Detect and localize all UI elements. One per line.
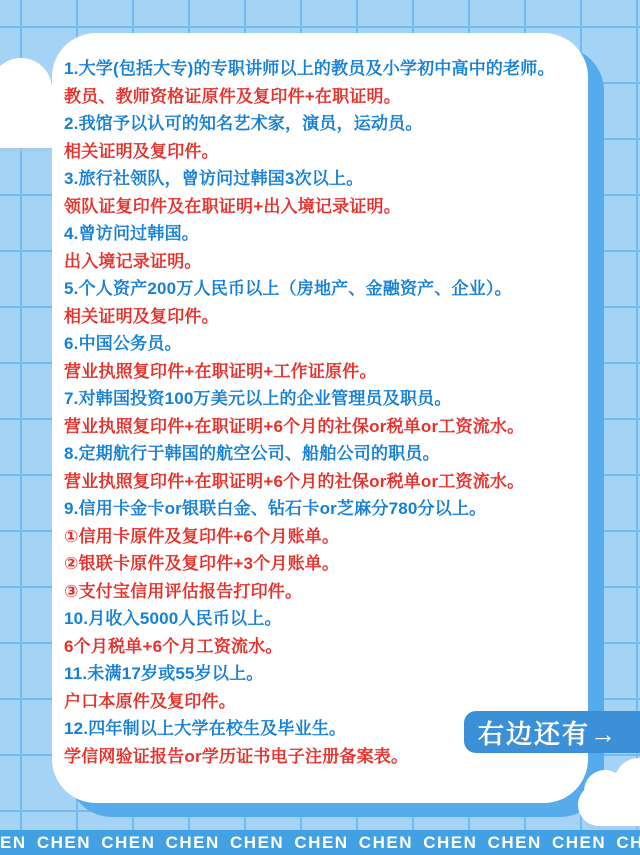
cloud-bottom-right-icon bbox=[578, 764, 640, 828]
requirement-line: 4.曾访问过韩国。 bbox=[64, 220, 580, 248]
requirement-line: 相关证明及复印件。 bbox=[64, 303, 580, 331]
requirement-line: 5.个人资产200万人民币以上（房地产、金融资产、企业）。 bbox=[64, 275, 580, 303]
requirements-card: 1.大学(包括大专)的专职讲师以上的教员及小学初中高中的老师。教员、教师资格证原… bbox=[52, 33, 588, 803]
requirement-line: 11.未满17岁或55岁以上。 bbox=[64, 660, 580, 688]
requirement-line: 出入境记录证明。 bbox=[64, 248, 580, 276]
requirement-line: ②银联卡原件及复印件+3个月账单。 bbox=[64, 550, 580, 578]
requirement-line: 领队证复印件及在职证明+出入境记录证明。 bbox=[64, 193, 580, 221]
requirement-line: 1.大学(包括大专)的专职讲师以上的教员及小学初中高中的老师。 bbox=[64, 55, 580, 83]
requirement-line: 9.信用卡金卡or银联白金、钻石卡or芝麻分780分以上。 bbox=[64, 495, 580, 523]
requirement-line: 2.我馆予以认可的知名艺术家，演员，运动员。 bbox=[64, 110, 580, 138]
requirement-line: 营业执照复印件+在职证明+工作证原件。 bbox=[64, 358, 580, 386]
requirement-line: 8.定期航行于韩国的航空公司、船舶公司的职员。 bbox=[64, 440, 580, 468]
brand-banner: EN CHEN CHEN CHEN CHEN CHEN CHEN CHEN CH… bbox=[0, 830, 640, 855]
requirement-line: 3.旅行社领队，曾访问过韩国3次以上。 bbox=[64, 165, 580, 193]
requirement-line: ③支付宝信用评估报告打印件。 bbox=[64, 578, 580, 606]
requirement-line: 营业执照复印件+在职证明+6个月的社保or税单or工资流水。 bbox=[64, 468, 580, 496]
requirement-line: 10.月收入5000人民币以上。 bbox=[64, 605, 580, 633]
more-right-button-label: 右边还有→ bbox=[478, 714, 618, 751]
requirement-line: 6.中国公务员。 bbox=[64, 330, 580, 358]
requirement-line: 7.对韩国投资100万美元以上的企业管理员及职员。 bbox=[64, 385, 580, 413]
poster-page: 1.大学(包括大专)的专职讲师以上的教员及小学初中高中的老师。教员、教师资格证原… bbox=[0, 0, 640, 855]
requirement-line: 6个月税单+6个月工资流水。 bbox=[64, 633, 580, 661]
cloud-puff bbox=[578, 784, 640, 826]
brand-banner-text: EN CHEN CHEN CHEN CHEN CHEN CHEN CHEN CH… bbox=[0, 833, 640, 853]
requirements-list: 1.大学(包括大专)的专职讲师以上的教员及小学初中高中的老师。教员、教师资格证原… bbox=[52, 33, 588, 770]
requirement-line: 相关证明及复印件。 bbox=[64, 138, 580, 166]
requirement-line: 教员、教师资格证原件及复印件+在职证明。 bbox=[64, 83, 580, 111]
requirement-line: ①信用卡原件及复印件+6个月账单。 bbox=[64, 523, 580, 551]
more-right-button[interactable]: 右边还有→ bbox=[464, 711, 640, 753]
requirement-line: 营业执照复印件+在职证明+6个月的社保or税单or工资流水。 bbox=[64, 413, 580, 441]
